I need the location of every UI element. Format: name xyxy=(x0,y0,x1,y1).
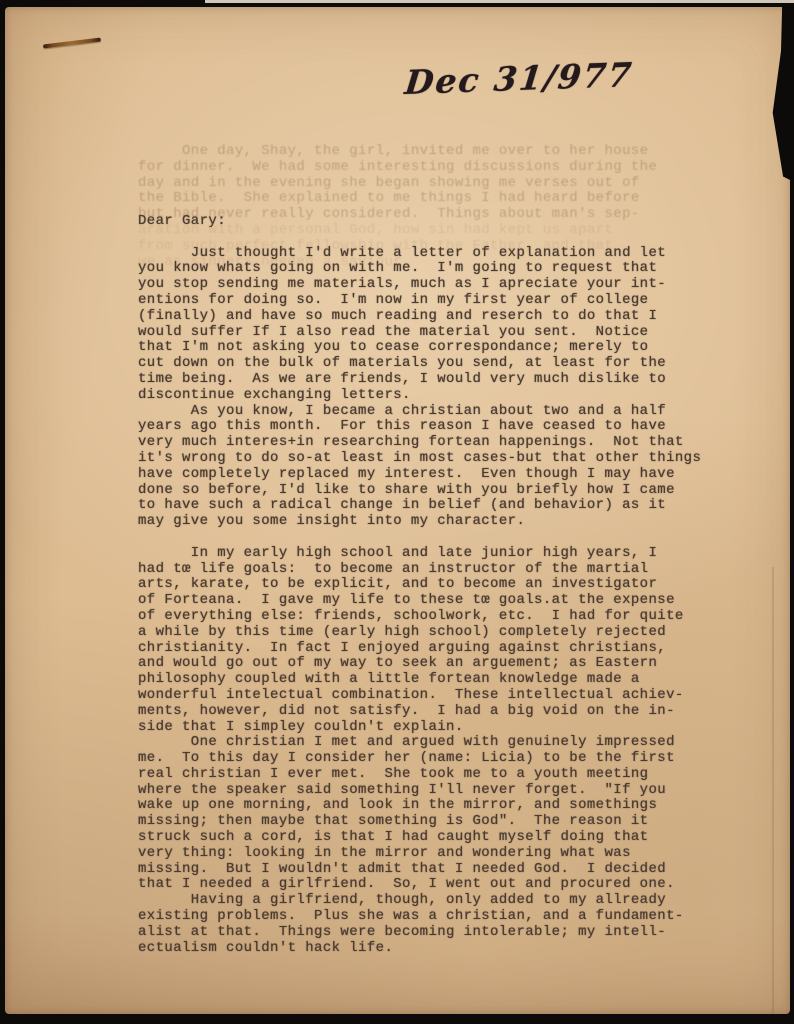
scan-edge xyxy=(205,0,794,3)
letter-paper: Dec 31/977 One day, Shay, the girl, invi… xyxy=(5,7,790,1014)
scanned-page: Dec 31/977 One day, Shay, the girl, invi… xyxy=(0,0,794,1024)
paper-crease xyxy=(771,567,774,1014)
bleed-through-text-upper: One day, Shay, the girl, invited me over… xyxy=(138,144,657,223)
handwritten-date: Dec 31/977 xyxy=(403,55,635,102)
letter-body: Dear Gary: Just thought I'd write a lett… xyxy=(138,214,701,956)
staple xyxy=(43,37,101,48)
